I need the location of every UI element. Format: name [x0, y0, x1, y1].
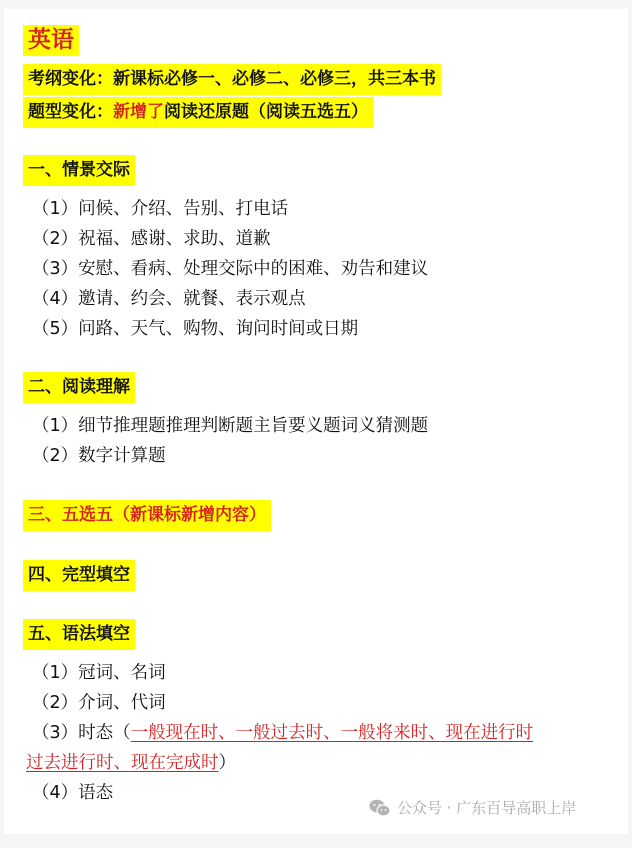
list-item: （2）介词、代词 [32, 691, 166, 715]
watermark: 公众号 · 广东百导高职上岸 [369, 797, 576, 818]
list-item: （1）细节推理题推理判断题主旨要义题词义猜测题 [32, 414, 428, 438]
type-text: 阅读还原题（阅读五选五） [164, 102, 368, 122]
type-highlight: 新增了 [113, 102, 164, 122]
tense-list-line2: 过去进行时、现在完成时 [26, 753, 219, 773]
list-item: （3）安慰、看病、处理交际中的困难、劝告和建议 [32, 257, 428, 281]
list-item: （4）语态 [32, 781, 113, 805]
list-item: （2）数字计算题 [32, 444, 166, 468]
wechat-icon [369, 799, 391, 817]
section-heading-5: 五、语法填空 [23, 619, 135, 650]
section-heading-3: 三、五选五（新课标新增内容） [23, 500, 271, 531]
page-title: 英语 [23, 25, 79, 56]
list-item-tense: （3）时态（一般现在时、一般过去时、一般将来时、现在进行时 [32, 721, 533, 745]
outline-label: 考纲变化： [28, 69, 113, 89]
type-label: 题型变化： [28, 102, 113, 122]
list-item: （4）邀请、约会、就餐、表示观点 [32, 287, 306, 311]
section-heading-2: 二、阅读理解 [23, 372, 135, 403]
tense-prefix: （3）时态（ [32, 723, 131, 743]
section-heading-4: 四、完型填空 [23, 560, 135, 591]
list-item: （2）祝福、感谢、求助、道歉 [32, 227, 271, 251]
watermark-text: 公众号 · 广东百导高职上岸 [397, 797, 576, 818]
section-heading-1: 一、情景交际 [23, 155, 135, 186]
outline-change-line: 考纲变化：新课标必修一、必修二、必修三，共三本书 [23, 64, 441, 95]
tense-close: ） [219, 753, 237, 773]
question-type-change-line: 题型变化：新增了阅读还原题（阅读五选五） [23, 97, 373, 128]
list-item-tense-continued: 过去进行时、现在完成时） [26, 751, 236, 775]
list-item: （5）问路、天气、购物、询问时间或日期 [32, 317, 358, 341]
list-item: （1）冠词、名词 [32, 661, 166, 685]
list-item: （1）问候、介绍、告别、打电话 [32, 197, 288, 221]
outline-text: 新课标必修一、必修二、必修三，共三本书 [113, 69, 436, 89]
tense-list-line1: 一般现在时、一般过去时、一般将来时、现在进行时 [131, 723, 534, 743]
